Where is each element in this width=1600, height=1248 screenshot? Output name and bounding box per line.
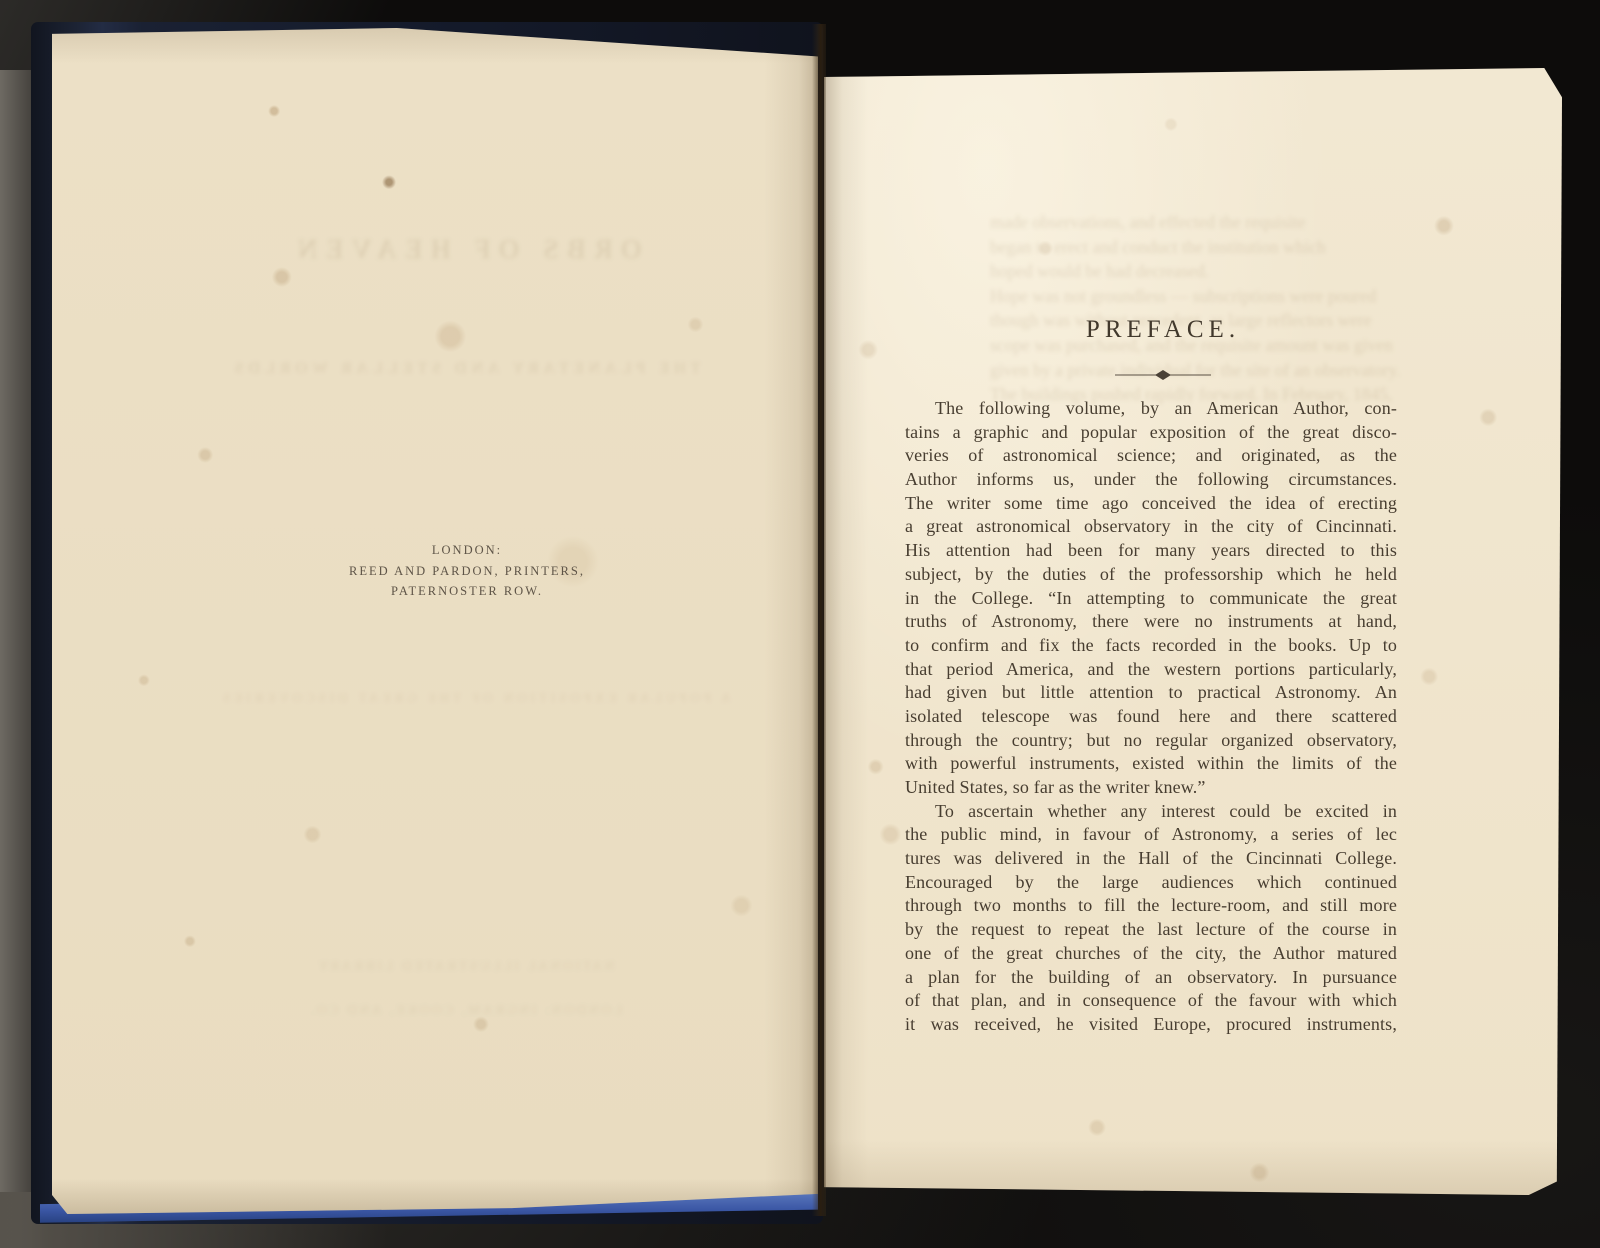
divider-rule-icon — [1113, 369, 1213, 381]
right-page: made observations, and effected the requ… — [824, 68, 1562, 1195]
text-line: of that plan, and in consequence of the … — [905, 989, 1397, 1013]
show-through-text-line: hoped would be had decreased. — [990, 259, 1490, 284]
photo-background: ORBS OF HEAVEN THE PLANETARY AND STELLAR… — [0, 0, 1600, 1248]
text-line: with powerful instruments, existed withi… — [905, 752, 1397, 776]
text-line: United States, so far as the writer knew… — [905, 776, 1397, 800]
show-through-text-line: LONDON: INGRAM, COOKE, AND CO. — [82, 988, 848, 1032]
text-line: isolated telescope was found here and th… — [905, 705, 1397, 729]
text-line: the public mind, in favour of Astronomy,… — [905, 823, 1397, 847]
preface-body-text: The following volume, by an American Aut… — [905, 397, 1397, 1037]
text-line: had given but little attention to practi… — [905, 681, 1397, 705]
text-line: Encouraged by the large audiences which … — [905, 871, 1397, 895]
text-line: in the College. “In attempting to commun… — [905, 587, 1397, 611]
text-line: tures was delivered in the Hall of the C… — [905, 847, 1397, 871]
text-line: through the country; but no regular orga… — [905, 729, 1397, 753]
text-line: tains a graphic and popular exposition o… — [905, 421, 1397, 445]
text-line: a plan for the building of an observator… — [905, 966, 1397, 990]
text-line: The writer some time ago conceived the i… — [905, 492, 1397, 516]
text-line: that period America, and the western por… — [905, 658, 1397, 682]
section-divider-ornament — [917, 368, 1409, 386]
text-line: by the request to repeat the last lectur… — [905, 918, 1397, 942]
text-line: veries of astronomical science; and orig… — [905, 444, 1397, 468]
text-line: subject, by the duties of the professors… — [905, 563, 1397, 587]
show-through-text-line: Hope was not groundless — subscriptions … — [990, 284, 1490, 309]
show-through-title-line: ORBS OF HEAVEN — [82, 234, 848, 265]
show-through-middle-line: A POPULAR EXPOSITION OF THE GREAT DISCOV… — [92, 690, 858, 706]
text-line: through two months to fill the lecture-r… — [905, 894, 1397, 918]
imprint-line: LONDON: — [84, 540, 850, 561]
text-line: The following volume, by an American Aut… — [905, 397, 1397, 421]
text-line: Author informs us, under the following c… — [905, 468, 1397, 492]
text-line: to confirm and fix the facts recorded in… — [905, 634, 1397, 658]
text-line: To ascertain whether any interest could … — [905, 800, 1397, 824]
preface-heading: PREFACE. — [917, 316, 1409, 344]
printer-imprint: LONDON:REED AND PARDON, PRINTERS,PATERNO… — [84, 540, 850, 602]
text-line: truths of Astronomy, there were no instr… — [905, 610, 1397, 634]
show-through-text-line: made observations, and effected the requ… — [990, 210, 1490, 235]
show-through-subtitle-line: THE PLANETARY AND STELLAR WORLDS — [82, 360, 848, 378]
show-through-text-line: NATIONAL ILLUSTRATED LIBRARY — [82, 944, 848, 988]
show-through-bottom-lines: NATIONAL ILLUSTRATED LIBRARYLONDON: INGR… — [82, 944, 848, 1032]
text-line: it was received, he visited Europe, proc… — [905, 1013, 1397, 1037]
imprint-line: PATERNOSTER ROW. — [84, 581, 850, 602]
text-line: one of the great churches of the city, t… — [905, 942, 1397, 966]
show-through-text-line: began to erect and conduct the instituti… — [990, 235, 1490, 260]
book-gutter — [812, 24, 826, 1216]
left-page: ORBS OF HEAVEN THE PLANETARY AND STELLAR… — [52, 28, 818, 1214]
imprint-line: REED AND PARDON, PRINTERS, — [84, 561, 850, 582]
text-line: a great astronomical observatory in the … — [905, 515, 1397, 539]
text-line: His attention had been for many years di… — [905, 539, 1397, 563]
